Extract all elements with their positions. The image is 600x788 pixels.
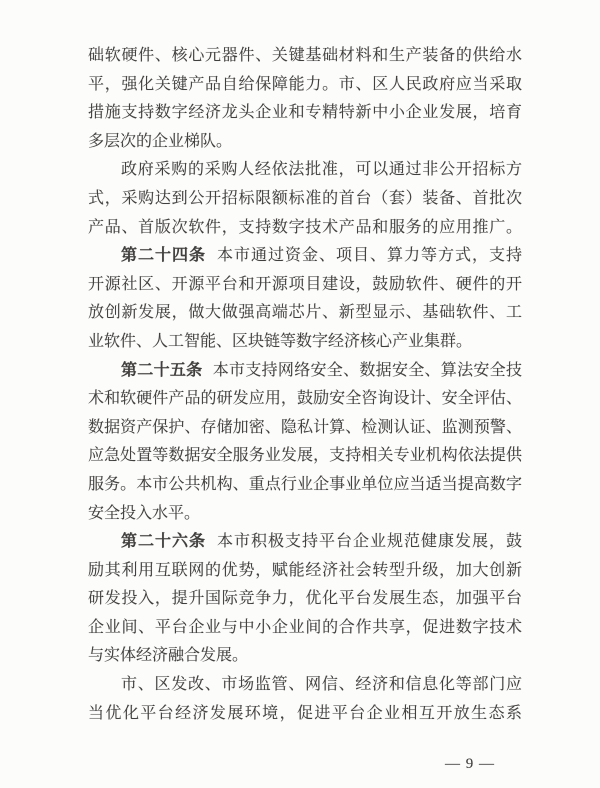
- line-text: 本市支持网络安全、数据安全、算法安全技: [212, 362, 522, 379]
- text-line: 与实体经济融合发展。: [88, 642, 522, 671]
- document-page: 础软硬件、核心元器件、关键基础材料和生产装备的供给水平，强化关键产品自给保障能力…: [0, 0, 600, 788]
- line-text: 与实体经济融合发展。: [88, 647, 248, 664]
- text-line: 础软硬件、核心元器件、关键基础材料和生产装备的供给水: [88, 42, 522, 71]
- line-text: 业软件、人工智能、区块链等数字经济核心产业集群。: [88, 333, 472, 350]
- text-line: 数据资产保护、存储加密、隐私计算、检测认证、监测预警、: [88, 414, 522, 443]
- line-text: 术和软硬件产品的研发应用，鼓励安全咨询设计、安全评估、: [88, 390, 522, 407]
- line-text: 措施支持数字经济龙头企业和专精特新中小企业发展，培育: [88, 104, 522, 121]
- text-line: 当优化平台经济发展环境，促进平台企业相互开放生态系: [88, 700, 522, 729]
- line-text: 数据资产保护、存储加密、隐私计算、检测认证、监测预警、: [88, 419, 522, 436]
- text-line: 研发投入，提升国际竞争力，优化平台发展生态，加强平台: [88, 585, 522, 614]
- article-number: 第二十五条: [121, 362, 202, 379]
- text-line: 式，采购达到公开招标限额标准的首台（套）装备、首批次: [88, 185, 522, 214]
- text-line: 应急处置等数据安全服务业发展，支持相关专业机构依法提供: [88, 442, 522, 471]
- line-text: 多层次的企业梯队。: [88, 133, 232, 150]
- line-text: 当优化平台经济发展环境，促进平台企业相互开放生态系: [88, 705, 522, 722]
- line-text: 平，强化关键产品自给保障能力。市、区人民政府应当采取: [88, 76, 522, 93]
- line-text: 研发投入，提升国际竞争力，优化平台发展生态，加强平台: [88, 590, 522, 607]
- text-line: 企业间、平台企业与中小企业间的合作共享，促进数字技术: [88, 614, 522, 643]
- line-text: 放创新发展，做大做强高端芯片、新型显示、基础软件、工: [88, 304, 522, 321]
- text-line: 安全投入水平。: [88, 500, 522, 529]
- text-line: 励其利用互联网的优势，赋能经济社会转型升级，加大创新: [88, 557, 522, 586]
- article-number: 第二十六条: [121, 533, 206, 550]
- text-line: 措施支持数字经济龙头企业和专精特新中小企业发展，培育: [88, 99, 522, 128]
- article-heading-line: 第二十五条本市支持网络安全、数据安全、算法安全技: [88, 357, 522, 386]
- text-line: 产品、首版次软件，支持数字技术产品和服务的应用推广。: [88, 214, 522, 243]
- line-text: 政府采购的采购人经依法批准，可以通过非公开招标方: [121, 161, 522, 178]
- line-text: 应急处置等数据安全服务业发展，支持相关专业机构依法提供: [88, 447, 522, 464]
- line-text: 安全投入水平。: [88, 505, 200, 522]
- line-text: 市、区发改、市场监管、网信、经济和信息化等部门应: [121, 676, 522, 693]
- line-text: 本市积极支持平台企业规范健康发展，鼓: [216, 533, 522, 550]
- text-line: 放创新发展，做大做强高端芯片、新型显示、基础软件、工: [88, 299, 522, 328]
- line-text: 式，采购达到公开招标限额标准的首台（套）装备、首批次: [88, 190, 522, 207]
- document-text-block: 础软硬件、核心元器件、关键基础材料和生产装备的供给水平，强化关键产品自给保障能力…: [88, 42, 522, 728]
- text-line: 市、区发改、市场监管、网信、经济和信息化等部门应: [88, 671, 522, 700]
- text-line: 开源社区、开源平台和开源项目建设，鼓励软件、硬件的开: [88, 271, 522, 300]
- line-text: 开源社区、开源平台和开源项目建设，鼓励软件、硬件的开: [88, 276, 522, 293]
- article-heading-line: 第二十四条本市通过资金、项目、算力等方式，支持: [88, 242, 522, 271]
- article-number: 第二十四条: [121, 247, 206, 264]
- text-line: 多层次的企业梯队。: [88, 128, 522, 157]
- text-line: 政府采购的采购人经依法批准，可以通过非公开招标方: [88, 156, 522, 185]
- line-text: 础软硬件、核心元器件、关键基础材料和生产装备的供给水: [88, 47, 522, 64]
- line-text: 励其利用互联网的优势，赋能经济社会转型升级，加大创新: [88, 562, 522, 579]
- text-line: 业软件、人工智能、区块链等数字经济核心产业集群。: [88, 328, 522, 357]
- line-text: 本市通过资金、项目、算力等方式，支持: [216, 247, 522, 264]
- line-text: 产品、首版次软件，支持数字技术产品和服务的应用推广。: [88, 219, 522, 236]
- text-line: 平，强化关键产品自给保障能力。市、区人民政府应当采取: [88, 71, 522, 100]
- text-line: 术和软硬件产品的研发应用，鼓励安全咨询设计、安全评估、: [88, 385, 522, 414]
- text-line: 服务。本市公共机构、重点行业企事业单位应当适当提高数字: [88, 471, 522, 500]
- article-heading-line: 第二十六条本市积极支持平台企业规范健康发展，鼓: [88, 528, 522, 557]
- line-text: 企业间、平台企业与中小企业间的合作共享，促进数字技术: [88, 619, 522, 636]
- page-number: — 9 —: [438, 753, 502, 775]
- line-text: 服务。本市公共机构、重点行业企事业单位应当适当提高数字: [88, 476, 522, 493]
